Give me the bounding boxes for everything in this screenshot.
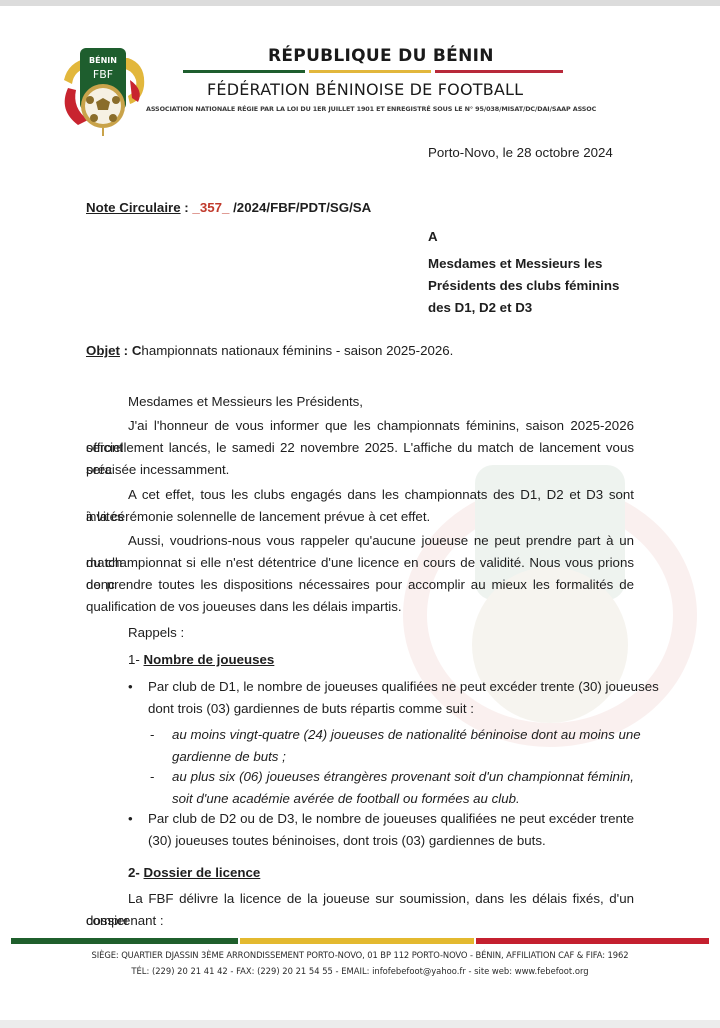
header-association-line: ASSOCIATION NATIONALE RÉGIE PAR LA LOI D…	[146, 105, 596, 113]
sub-item-line: au moins vingt-quatre (24) joueuses de n…	[172, 724, 634, 746]
reference-suffix: /2024/FBF/PDT/SG/SA	[229, 200, 371, 215]
subject-label: Objet	[86, 343, 120, 358]
bullet-icon: •	[128, 676, 133, 698]
subject-separator: :	[120, 343, 132, 358]
bullet-line: (30) joueuses toutes béninoises, dont tr…	[148, 830, 634, 852]
bullet-text: Par club de D1, le nombre de joueuses qu…	[148, 676, 634, 720]
header-flag-lines	[183, 70, 568, 73]
svg-text:BÉNIN: BÉNIN	[89, 54, 117, 65]
bullet-line: Par club de D2 ou de D3, le nombre de jo…	[148, 808, 634, 830]
sub-item-line: gardienne de buts ;	[172, 746, 634, 768]
bottom-edge	[0, 1020, 720, 1028]
flag-line-yellow	[309, 70, 431, 73]
fbf-crest-icon: BÉNIN FBF	[58, 40, 148, 140]
salutation-text: Mesdames et Messieurs les Présidents,	[86, 391, 634, 413]
header-subtitle: FÉDÉRATION BÉNINOISE DE FOOTBALL	[207, 80, 523, 99]
paragraph-line: du championnat si elle n'est détentrice …	[86, 552, 634, 574]
section-2-heading: 2- Dossier de licence	[128, 862, 260, 884]
paragraph-line: à la cérémonie solennelle de lancement p…	[86, 506, 634, 528]
paragraph-line: A cet effet, tous les clubs engagés dans…	[86, 484, 634, 506]
dash-icon: -	[150, 766, 154, 788]
bullet-text: Par club de D2 ou de D3, le nombre de jo…	[148, 808, 634, 852]
paragraph-invitation: A cet effet, tous les clubs engagés dans…	[86, 484, 634, 528]
bullet-line: Par club de D1, le nombre de joueuses qu…	[148, 676, 634, 698]
reference-separator: :	[181, 200, 193, 215]
subject-first-letter: C	[132, 343, 142, 358]
sub-item-line: soit d'une académie avérée de football o…	[172, 788, 634, 810]
recipient-line: Présidents des clubs féminins	[428, 275, 668, 297]
sub-item-line: au plus six (06) joueuses étrangères pro…	[172, 766, 634, 788]
recipient-prefix: A	[428, 226, 438, 248]
section-title: Nombre de joueuses	[144, 652, 275, 667]
paragraph-line: comprenant :	[86, 910, 634, 932]
sub-item-text: au moins vingt-quatre (24) joueuses de n…	[172, 724, 634, 768]
header-title: RÉPUBLIQUE DU BÉNIN	[268, 46, 494, 66]
paragraph-line: officiellement lancés, le samedi 22 nove…	[86, 437, 634, 459]
fbf-logo: BÉNIN FBF	[58, 40, 148, 140]
paragraph-line: précisée incessamment.	[86, 459, 634, 481]
bullet-line: dont trois (03) gardiennes de buts répar…	[148, 698, 634, 720]
sub-item-text: au plus six (06) joueuses étrangères pro…	[172, 766, 634, 810]
top-edge	[0, 0, 720, 6]
section-1-heading: 1- Nombre de joueuses	[128, 649, 274, 671]
paragraph-line: qualification de vos joueuses dans les d…	[86, 596, 634, 618]
reminders-label: Rappels :	[128, 622, 184, 644]
section-number: 1-	[128, 652, 144, 667]
flag-line-red	[435, 70, 563, 73]
paragraph-line: de prendre toutes les dispositions néces…	[86, 574, 634, 596]
reference-label: Note Circulaire	[86, 200, 181, 215]
footer-bar-red	[476, 938, 709, 944]
section-number: 2-	[128, 865, 144, 880]
paragraph-line: La FBF délivre la licence de la joueuse …	[86, 888, 634, 910]
place-date: Porto-Novo, le 28 octobre 2024	[428, 142, 613, 164]
footer-bar-yellow	[240, 938, 474, 944]
footer-bar-green	[11, 938, 238, 944]
flag-line-green	[183, 70, 305, 73]
svg-text:FBF: FBF	[93, 68, 113, 81]
paragraph-license-reminder: Aussi, voudrions-nous vous rappeler qu'a…	[86, 530, 634, 618]
paragraph-license-file: La FBF délivre la licence de la joueuse …	[86, 888, 634, 932]
circular-reference: Note Circulaire : _357_ /2024/FBF/PDT/SG…	[86, 197, 371, 219]
salutation: Mesdames et Messieurs les Présidents,	[86, 391, 634, 413]
reference-number: _357_	[192, 200, 229, 215]
paragraph-line: J'ai l'honneur de vous informer que les …	[86, 415, 634, 437]
footer-address: SIÈGE: QUARTIER DJASSIN 3ÈME ARRONDISSEM…	[0, 950, 720, 960]
recipient-line: des D1, D2 et D3	[428, 297, 668, 319]
dash-icon: -	[150, 724, 154, 746]
paragraph-announcement: J'ai l'honneur de vous informer que les …	[86, 415, 634, 481]
paragraph-line: Aussi, voudrions-nous vous rappeler qu'a…	[86, 530, 634, 552]
bullet-icon: •	[128, 808, 133, 830]
recipient-line: Mesdames et Messieurs les	[428, 253, 668, 275]
subject-line: Objet : Championnats nationaux féminins …	[86, 340, 453, 362]
section-title: Dossier de licence	[144, 865, 261, 880]
subject-text: hampionnats nationaux féminins - saison …	[141, 343, 453, 358]
footer-flag-bar	[11, 938, 709, 944]
recipient-block: Mesdames et Messieurs les Présidents des…	[428, 253, 668, 319]
footer-contact: TÉL: (229) 20 21 41 42 - FAX: (229) 20 2…	[0, 966, 720, 976]
